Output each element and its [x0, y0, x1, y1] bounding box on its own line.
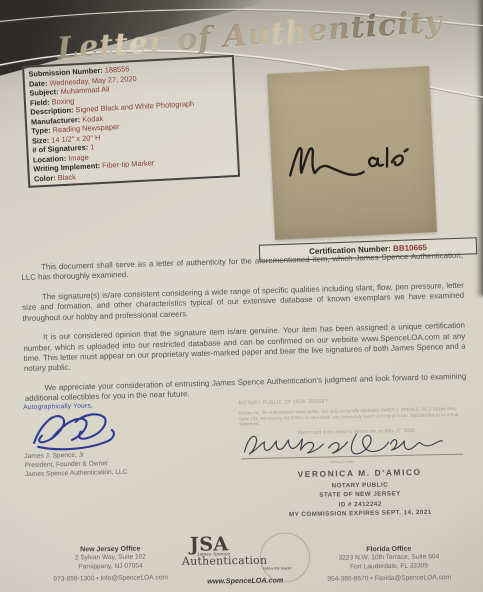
detail-value: Muhammad Ali [60, 84, 109, 96]
detail-value: Image [68, 152, 89, 162]
letter-of-authenticity-document: Letter of Authenticity Submission Number… [0, 0, 483, 592]
paragraph: It is our considered opinion that the si… [23, 321, 466, 375]
paragraph: The signature(s) is/are consistent consi… [22, 281, 465, 324]
florida-office-block: Florida Office 3223 N.W. 10th Terrace, S… [303, 545, 475, 583]
james-spence-signature [23, 405, 124, 455]
signature-caption: Notary Public [330, 459, 354, 464]
letter-body: This document shall serve as a letter of… [21, 251, 467, 415]
notary-stamp-block: VERONICA M. D'AMICO NOTARY PUBLIC STATE … [255, 466, 466, 520]
jsa-logo: JSA James Spence Authentication follow t… [182, 536, 309, 586]
office-address: Fort Lauderdale, FL 33309 [303, 562, 475, 573]
detail-label: Date: [29, 78, 48, 88]
office-address: Parsippany, NJ 07054 [28, 562, 193, 573]
detail-label: Color: [34, 173, 56, 183]
detail-value: Kodak [82, 113, 103, 123]
autographed-photo-thumbnail [267, 66, 437, 240]
muhammad-ali-signature [280, 122, 421, 191]
detail-label: Field: [30, 97, 50, 107]
detail-value: 1 [90, 142, 95, 151]
detail-value: Black [57, 172, 76, 182]
detail-label: Size: [32, 135, 50, 145]
submission-details-table: Submission Number: 188556 Date: Wednesda… [22, 55, 240, 188]
detail-label: Type: [31, 126, 51, 136]
spence-signature-block: Autographically Yours, James J. Spence, … [23, 400, 200, 480]
new-jersey-office-block: New Jersey Office 2 Sylvan Way, Suite 10… [28, 545, 193, 583]
